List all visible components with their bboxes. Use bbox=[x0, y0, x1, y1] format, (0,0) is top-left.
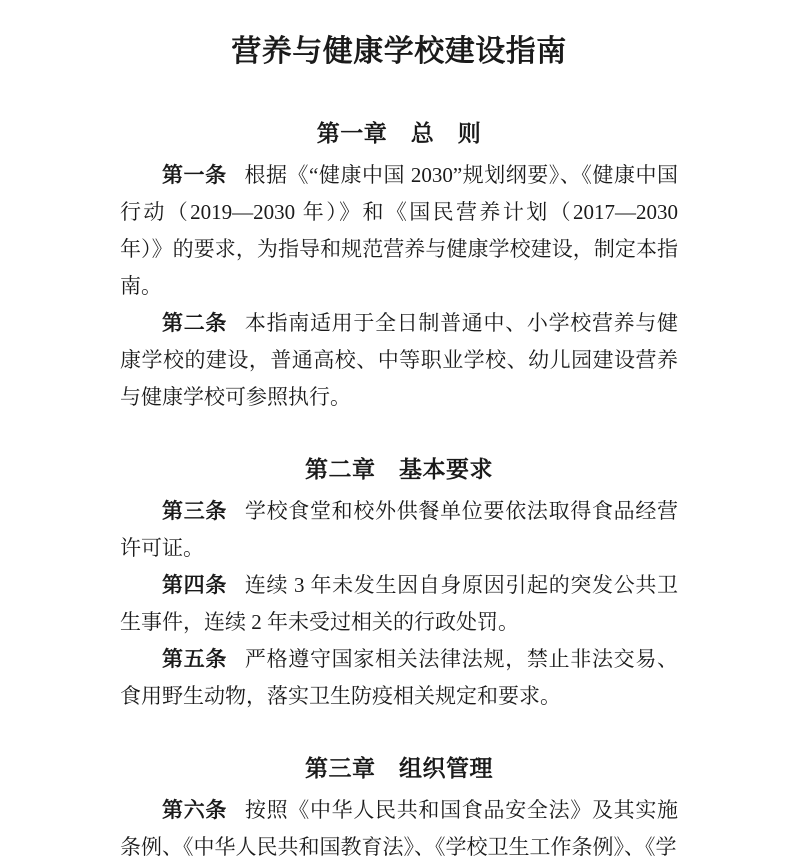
article-1-number: 第一条 bbox=[162, 163, 227, 187]
article-3: 第三条学校食堂和校外供餐单位要依法取得食品经营许可证。 bbox=[120, 493, 678, 567]
article-3-number: 第三条 bbox=[162, 499, 227, 523]
article-5: 第五条严格遵守国家相关法律法规，禁止非法交易、食用野生动物，落实卫生防疫相关规定… bbox=[120, 641, 678, 715]
document-title: 营养与健康学校建设指南 bbox=[120, 33, 678, 71]
chapter-1-heading: 第一章 总 则 bbox=[120, 120, 678, 148]
article-6: 第六条按照《中华人民共和国食品安全法》及其实施条例、《中华人民共和国教育法》、《… bbox=[120, 792, 678, 858]
chapter-2-heading: 第二章 基本要求 bbox=[120, 456, 678, 484]
chapter-basic-requirements: 第二章 基本要求 第三条学校食堂和校外供餐单位要依法取得食品经营许可证。 第四条… bbox=[120, 456, 678, 715]
article-2-number: 第二条 bbox=[162, 311, 227, 335]
chapter-general-provisions: 第一章 总 则 第一条根据《“健康中国 2030”规划纲要》、《健康中国行动（2… bbox=[120, 120, 678, 416]
article-4: 第四条连续 3 年未发生因自身原因引起的突发公共卫生事件，连续 2 年未受过相关… bbox=[120, 567, 678, 641]
article-5-number: 第五条 bbox=[162, 647, 227, 671]
document-page: 营养与健康学校建设指南 第一章 总 则 第一条根据《“健康中国 2030”规划纲… bbox=[0, 0, 800, 858]
chapter-3-heading: 第三章 组织管理 bbox=[120, 755, 678, 783]
article-4-number: 第四条 bbox=[162, 573, 227, 597]
article-1: 第一条根据《“健康中国 2030”规划纲要》、《健康中国行动（2019—2030… bbox=[120, 157, 678, 305]
article-2: 第二条本指南适用于全日制普通中、小学校营养与健康学校的建设，普通高校、中等职业学… bbox=[120, 305, 678, 416]
chapter-organization-management: 第三章 组织管理 第六条按照《中华人民共和国食品安全法》及其实施条例、《中华人民… bbox=[120, 755, 678, 858]
article-6-number: 第六条 bbox=[162, 798, 227, 822]
